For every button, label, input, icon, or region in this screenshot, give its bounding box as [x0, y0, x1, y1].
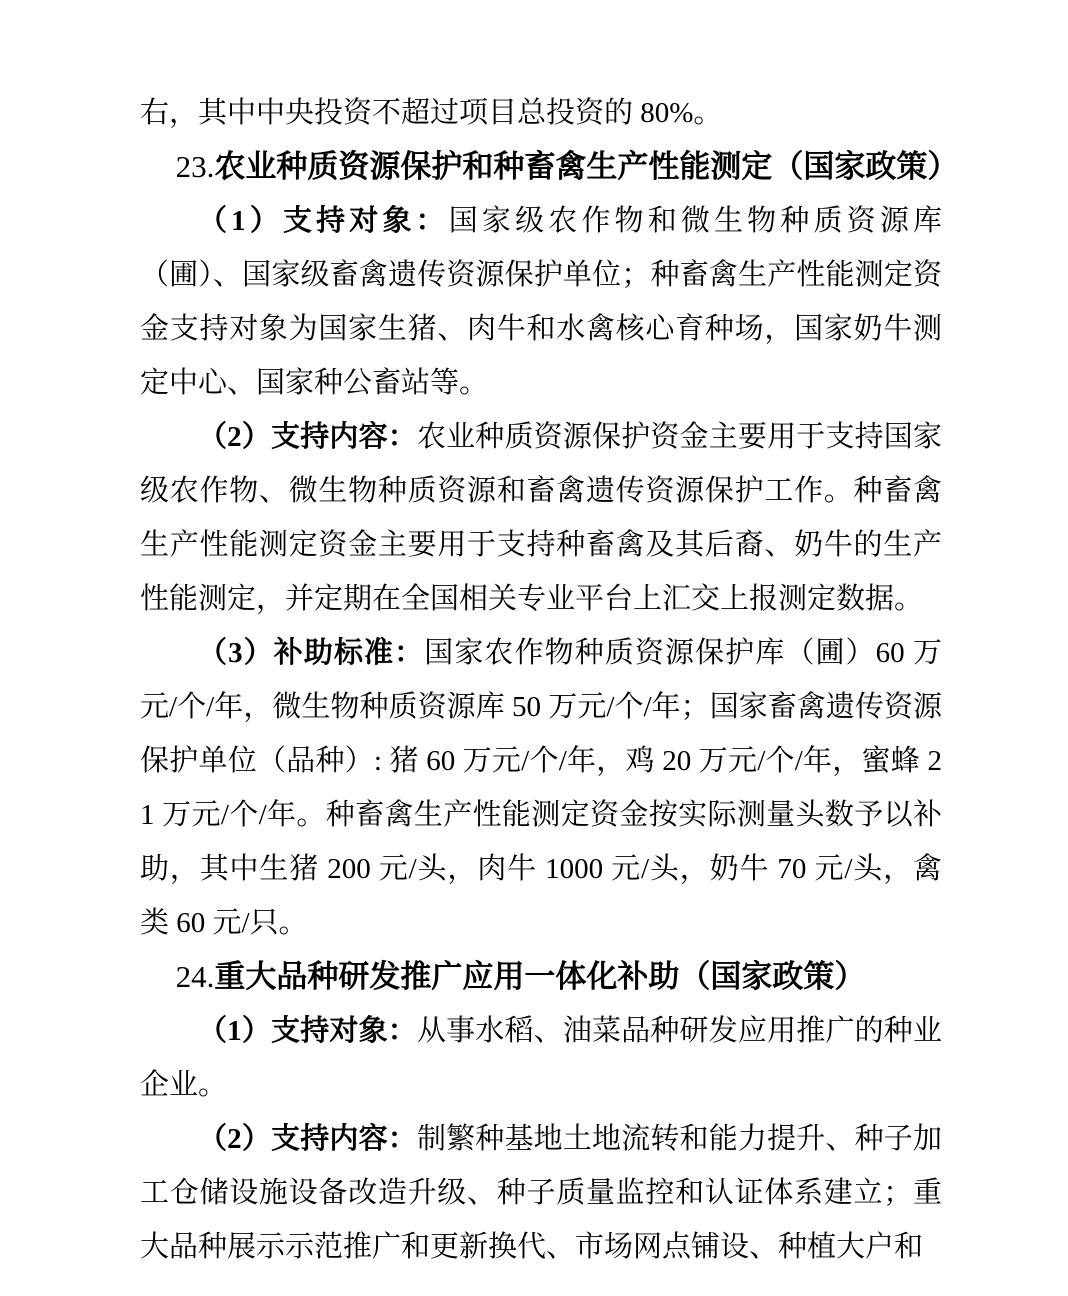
paragraph-text: 国家农作物种质资源保护库（圃）60 万元/个/年，微生物种质资源库 50 万元/…: [140, 637, 942, 939]
paragraph-23-subsidy-standard: （3）补助标准：国家农作物种质资源保护库（圃）60 万元/个/年，微生物种质资源…: [140, 626, 942, 950]
section-heading-24: 24.重大品种研发推广应用一体化补助（国家政策）: [140, 950, 942, 1004]
paragraph-label: （1）支持对象：: [198, 205, 449, 237]
paragraph-text: 右，其中中央投资不超过项目总投资的 80%。: [140, 97, 722, 129]
paragraph-24-support-content: （2）支持内容：制繁种基地土地流转和能力提升、种子加工仓储设施设备改造升级、种子…: [140, 1112, 942, 1274]
paragraph-label: （2）支持内容：: [198, 421, 417, 453]
section-title: 农业种质资源保护和种畜禽生产性能测定（国家政策）: [214, 149, 958, 184]
paragraph-23-support-content: （2）支持内容：农业种质资源保护资金主要用于支持国家级农作物、微生物种质资源和畜…: [140, 410, 942, 626]
paragraph-continuation: 右，其中中央投资不超过项目总投资的 80%。: [140, 86, 942, 140]
paragraph-24-support-target: （1）支持对象：从事水稻、油菜品种研发应用推广的种业企业。: [140, 1004, 942, 1112]
section-heading-23: 23.农业种质资源保护和种畜禽生产性能测定（国家政策）: [140, 140, 942, 194]
paragraph-label: （3）补助标准：: [198, 637, 424, 669]
section-title: 重大品种研发推广应用一体化补助（国家政策）: [214, 959, 865, 994]
paragraph-label: （1）支持对象：: [198, 1015, 417, 1047]
document-page: 右，其中中央投资不超过项目总投资的 80%。 23.农业种质资源保护和种畜禽生产…: [0, 0, 1068, 1296]
section-number: 23.: [176, 149, 215, 184]
document-content: 右，其中中央投资不超过项目总投资的 80%。 23.农业种质资源保护和种畜禽生产…: [140, 86, 942, 1274]
paragraph-label: （2）支持内容：: [198, 1123, 417, 1155]
section-number: 24.: [176, 959, 215, 994]
paragraph-23-support-target: （1）支持对象：国家级农作物和微生物种质资源库（圃）、国家级畜禽遗传资源保护单位…: [140, 194, 942, 410]
